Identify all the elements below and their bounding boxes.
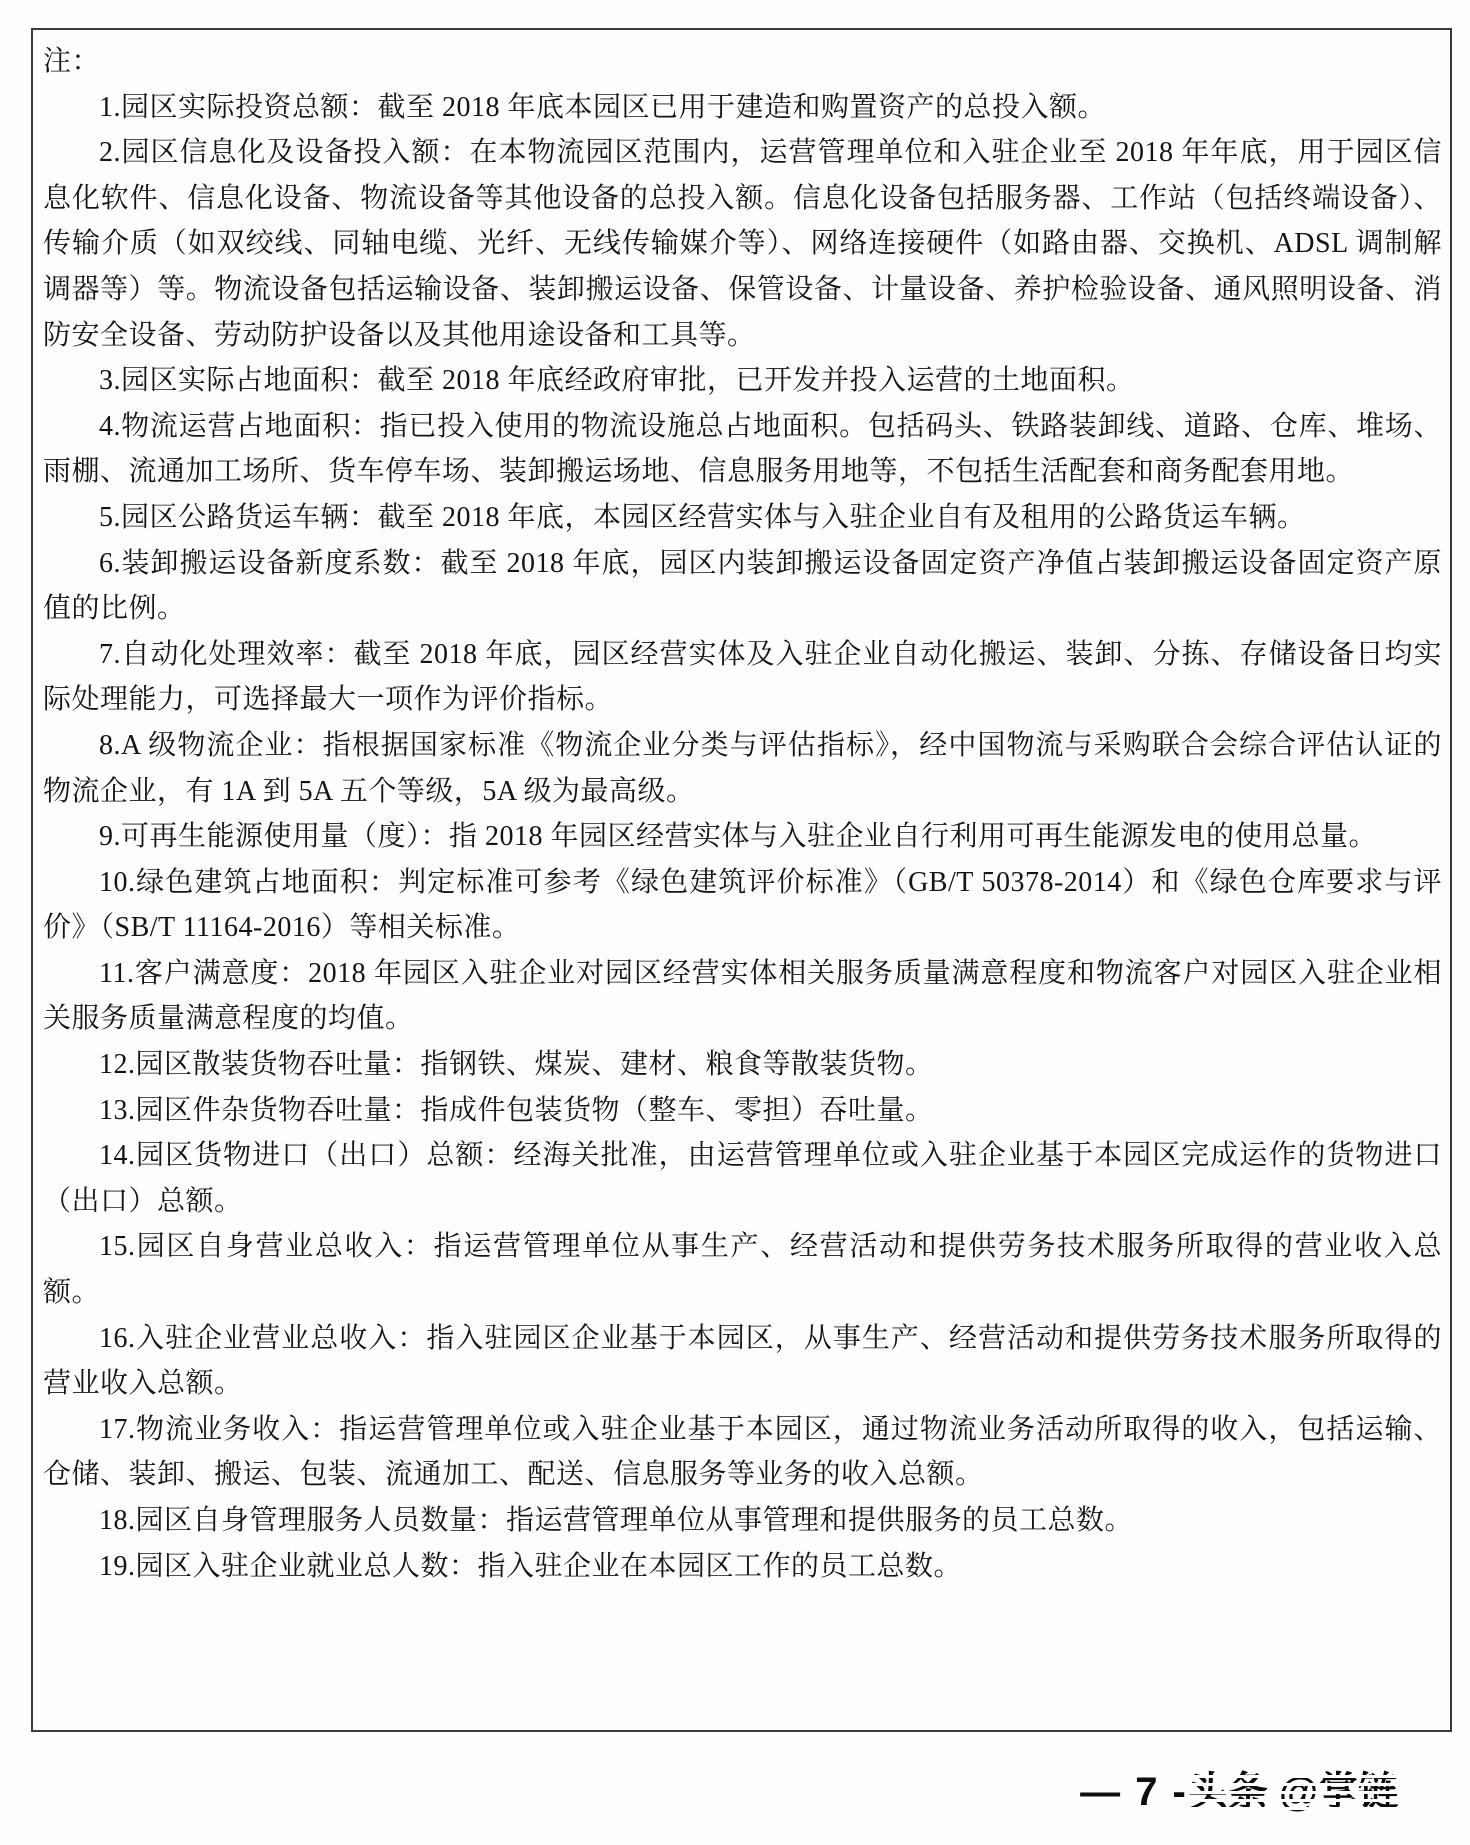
note-item-7: 7.自动化处理效率：截至 2018 年底，园区经营实体及入驻企业自动化搬运、装卸… xyxy=(43,632,1442,723)
toutiao-watermark: 头条 @掌链 xyxy=(1188,1760,1398,1817)
note-item-18: 18.园区自身管理服务人员数量：指运营管理单位从事管理和提供服务的员工总数。 xyxy=(43,1498,1442,1544)
note-item-19: 19.园区入驻企业就业总人数：指入驻企业在本园区工作的员工总数。 xyxy=(43,1544,1442,1590)
page-border-frame: 注： 1.园区实际投资总额：截至 2018 年底本园区已用于建造和购置资产的总投… xyxy=(31,28,1452,1732)
page-number: — 7 - xyxy=(1080,1770,1188,1814)
note-item-11: 11.客户满意度：2018 年园区入驻企业对园区经营实体相关服务质量满意程度和物… xyxy=(43,951,1442,1042)
note-item-5: 5.园区公路货运车辆：截至 2018 年底，本园区经营实体与入驻企业自有及租用的… xyxy=(43,495,1442,541)
note-item-10: 10.绿色建筑占地面积：判定标准可参考《绿色建筑评价标准》（GB/T 50378… xyxy=(43,860,1442,951)
note-item-4: 4.物流运营占地面积：指已投入使用的物流设施总占地面积。包括码头、铁路装卸线、道… xyxy=(43,404,1442,495)
page-footer: — 7 -头条 @掌链 xyxy=(1080,1760,1398,1817)
note-item-14: 14.园区货物进口（出口）总额：经海关批准，由运营管理单位或入驻企业基于本园区完… xyxy=(43,1133,1442,1224)
note-item-1: 1.园区实际投资总额：截至 2018 年底本园区已用于建造和购置资产的总投入额。 xyxy=(43,85,1442,131)
note-item-9: 9.可再生能源使用量（度）：指 2018 年园区经营实体与入驻企业自行利用可再生… xyxy=(43,814,1442,860)
note-item-6: 6.装卸搬运设备新度系数：截至 2018 年底，园区内装卸搬运设备固定资产净值占… xyxy=(43,541,1442,632)
note-item-2: 2.园区信息化及设备投入额：在本物流园区范围内，运营管理单位和入驻企业至 201… xyxy=(43,130,1442,358)
note-item-3: 3.园区实际占地面积：截至 2018 年底经政府审批，已开发并投入运营的土地面积… xyxy=(43,358,1442,404)
note-item-12: 12.园区散装货物吞吐量：指钢铁、煤炭、建材、粮食等散装货物。 xyxy=(43,1042,1442,1088)
note-item-8: 8.A 级物流企业：指根据国家标准《物流企业分类与评估指标》，经中国物流与采购联… xyxy=(43,723,1442,814)
note-item-16: 16.入驻企业营业总收入：指入驻园区企业基于本园区，从事生产、经营活动和提供劳务… xyxy=(43,1316,1442,1407)
notes-heading: 注： xyxy=(43,39,1442,85)
document-page: 注： 1.园区实际投资总额：截至 2018 年底本园区已用于建造和购置资产的总投… xyxy=(0,0,1470,1845)
note-item-15: 15.园区自身营业总收入：指运营管理单位从事生产、经营活动和提供劳务技术服务所取… xyxy=(43,1224,1442,1315)
note-item-17: 17.物流业务收入：指运营管理单位或入驻企业基于本园区，通过物流业务活动所取得的… xyxy=(43,1407,1442,1498)
note-item-13: 13.园区件杂货物吞吐量：指成件包装货物（整车、零担）吞吐量。 xyxy=(43,1088,1442,1134)
